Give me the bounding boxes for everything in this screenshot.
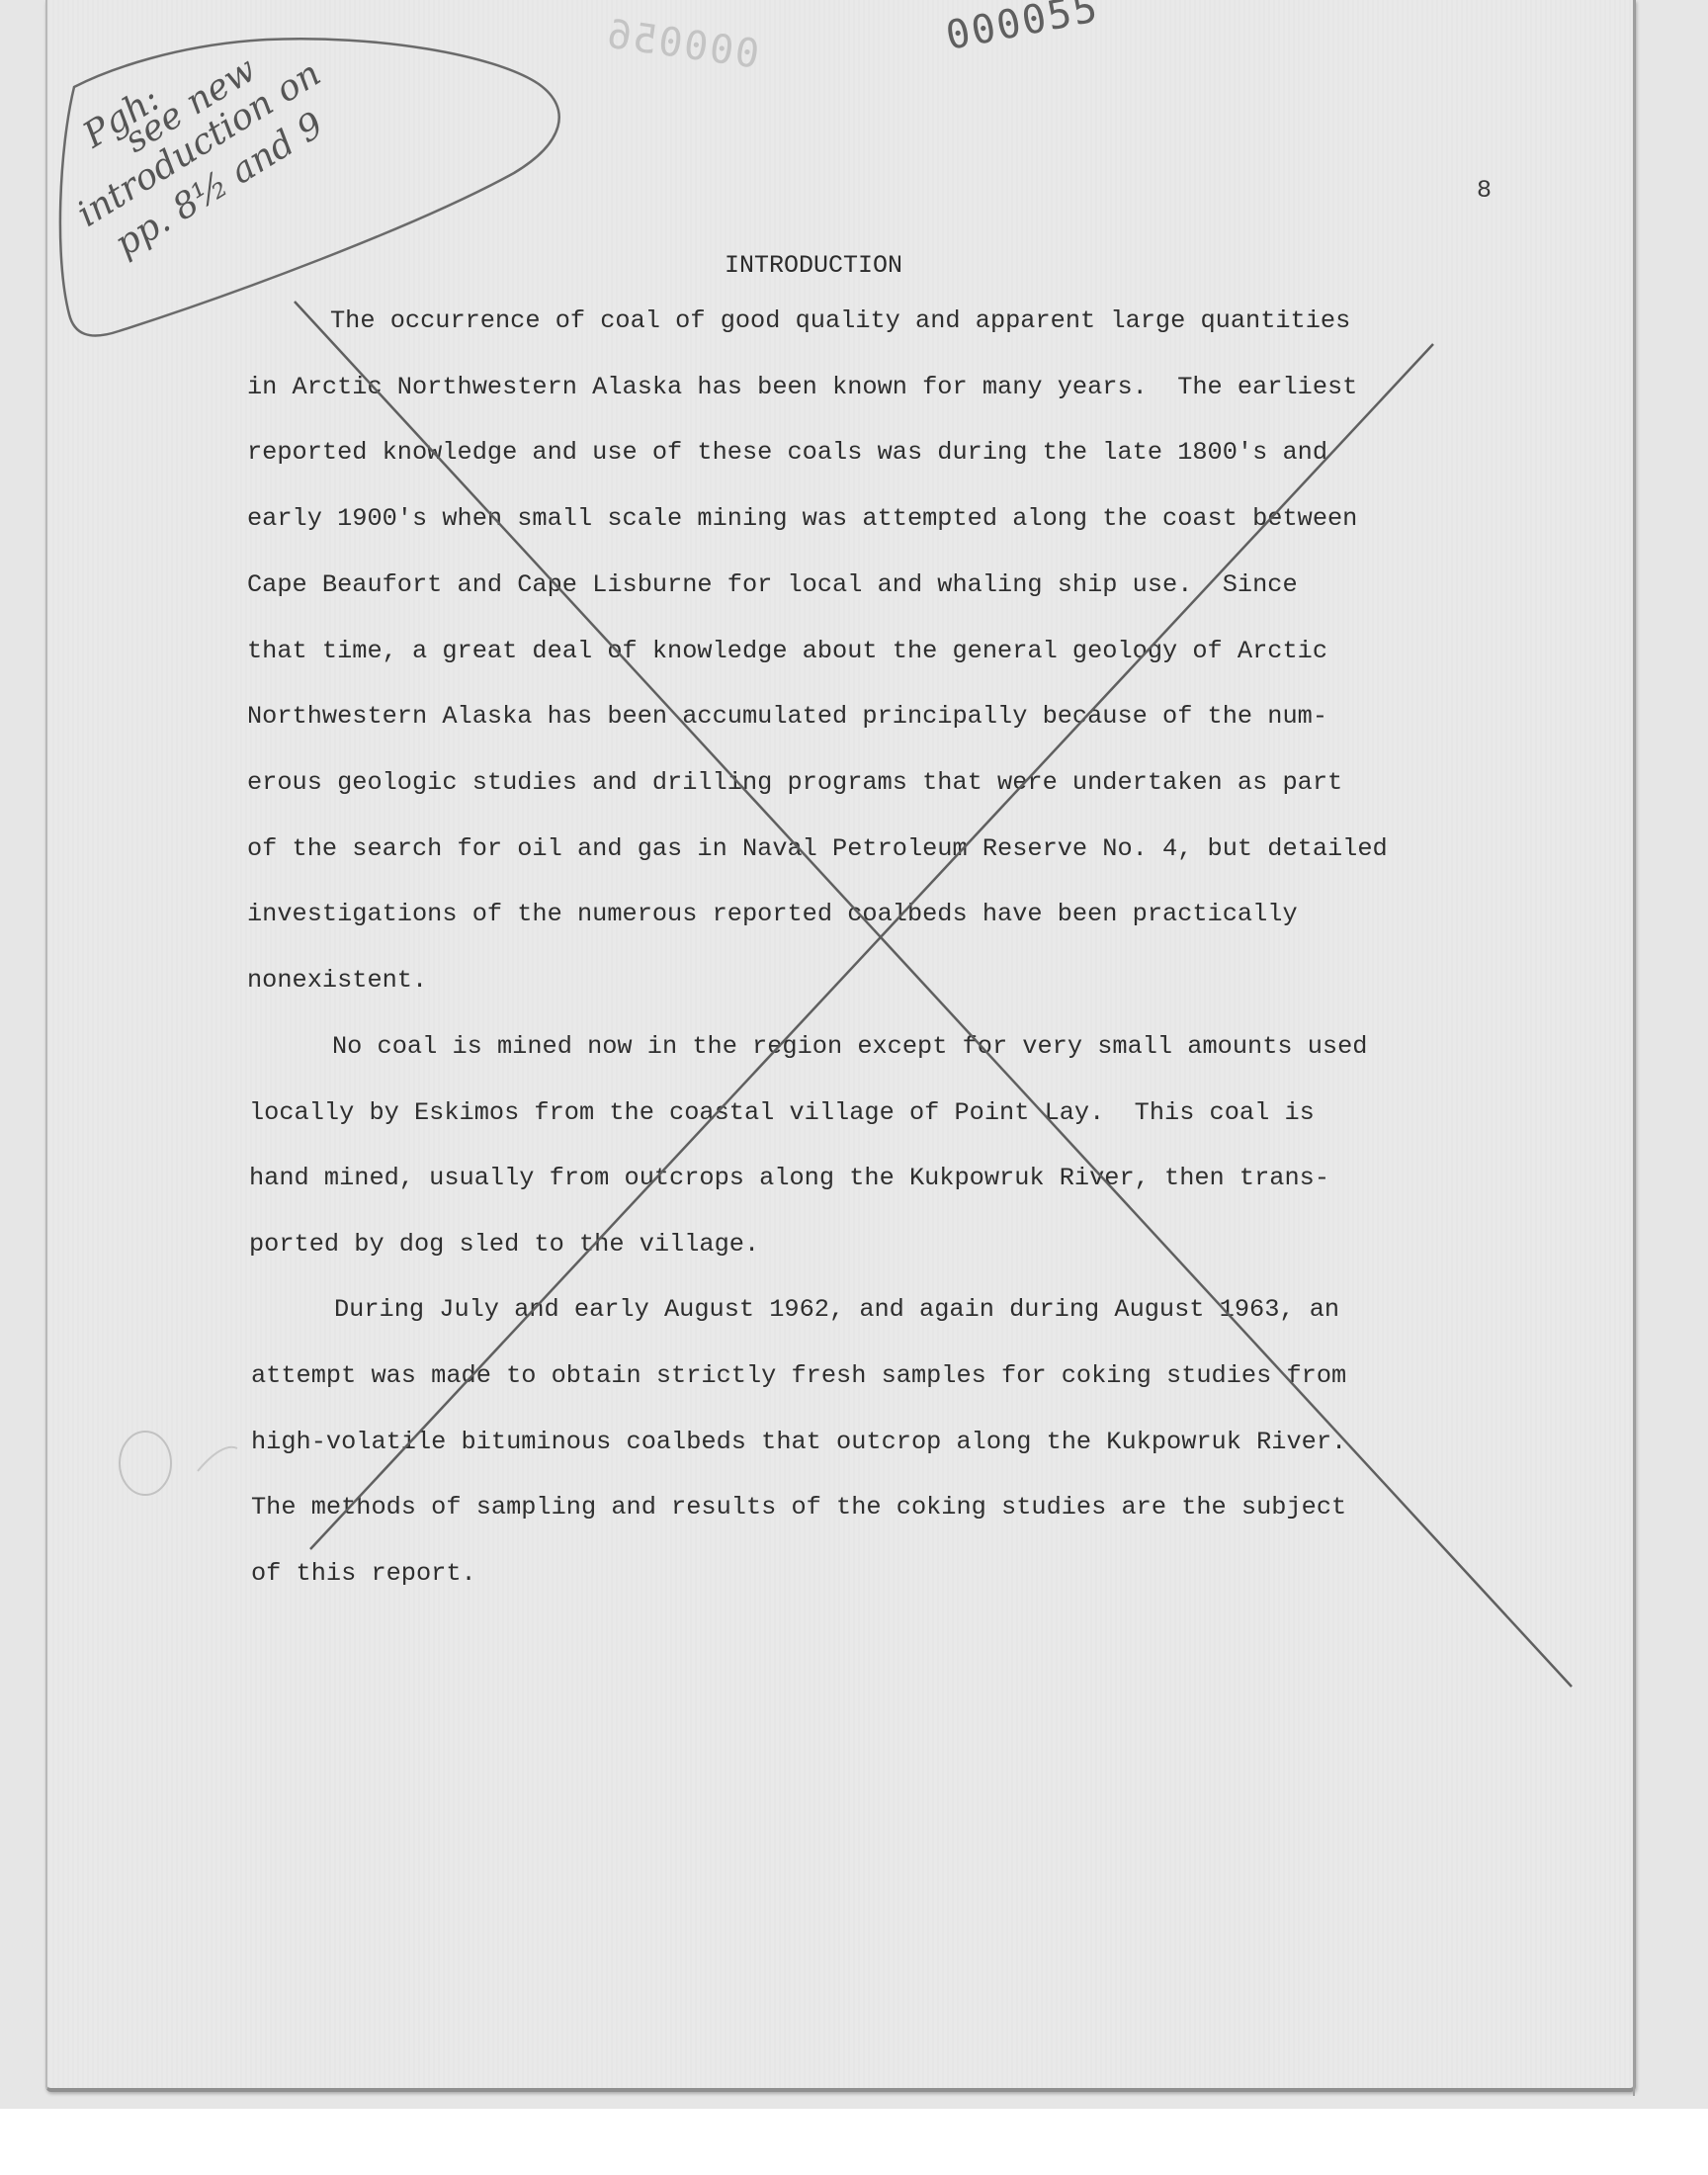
text-line: investigations of the numerous reported …	[247, 900, 1298, 929]
text-line: in Arctic Northwestern Alaska has been k…	[247, 373, 1357, 402]
text-line: locally by Eskimos from the coastal vill…	[249, 1098, 1315, 1128]
text-line: attempt was made to obtain strictly fres…	[251, 1361, 1346, 1391]
text-line: nonexistent.	[247, 966, 427, 996]
text-line: During July and early August 1962, and a…	[334, 1295, 1339, 1325]
text-line: reported knowledge and use of these coal…	[247, 438, 1327, 468]
text-line: The methods of sampling and results of t…	[251, 1493, 1346, 1522]
text-line: Northwestern Alaska has been accumulated…	[247, 702, 1327, 732]
text-line: hand mined, usually from outcrops along …	[249, 1164, 1329, 1193]
text-line: of the search for oil and gas in Naval P…	[247, 834, 1388, 864]
text-line: No coal is mined now in the region excep…	[332, 1032, 1367, 1062]
page-number: 8	[1477, 176, 1492, 205]
text-line: The occurrence of coal of good quality a…	[330, 306, 1350, 336]
text-line: early 1900's when small scale mining was…	[247, 504, 1357, 534]
text-line: of this report.	[251, 1559, 476, 1589]
section-heading: INTRODUCTION	[725, 251, 902, 280]
text-line: erous geologic studies and drilling prog…	[247, 768, 1342, 798]
text-line: high-volatile bituminous coalbeds that o…	[251, 1428, 1346, 1457]
text-line: Cape Beaufort and Cape Lisburne for loca…	[247, 570, 1298, 600]
page-edge	[1633, 0, 1635, 2096]
text-line: ported by dog sled to the village.	[249, 1230, 759, 1260]
text-line: that time, a great deal of knowledge abo…	[247, 637, 1327, 666]
